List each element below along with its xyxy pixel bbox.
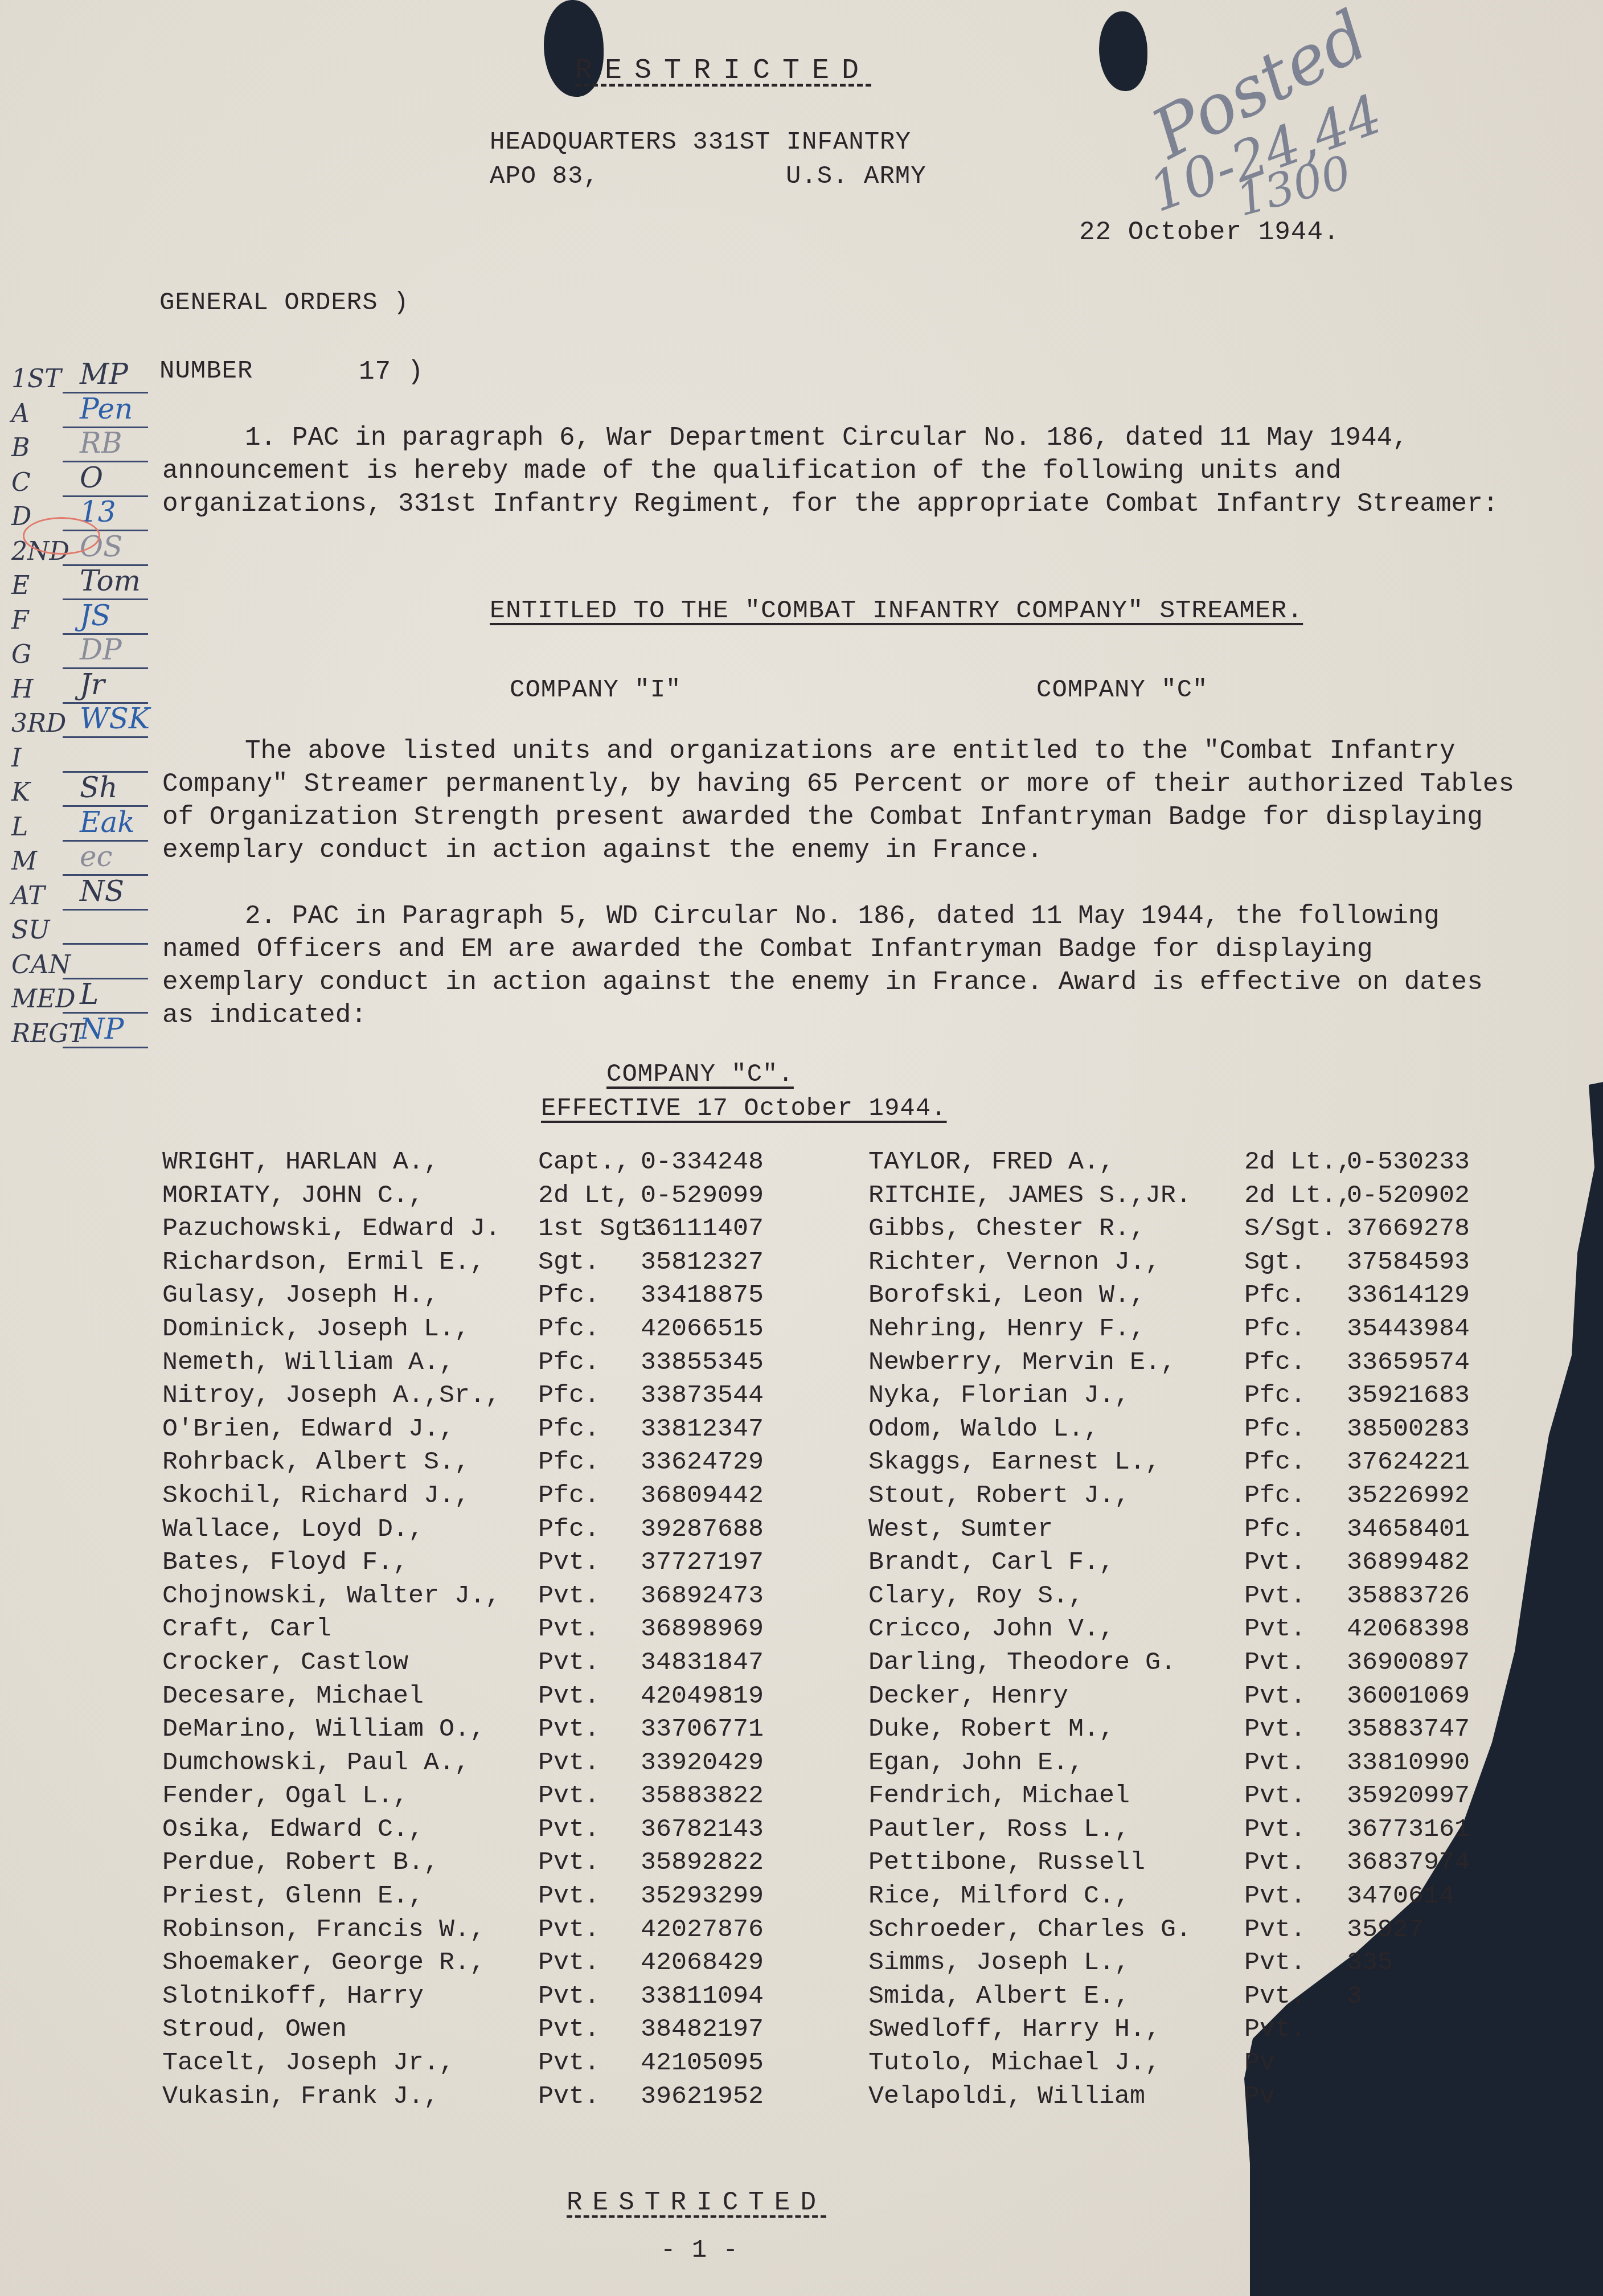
paragraph-2-text: 2. PAC in Paragraph 5, WD Circular No. 1… [162, 900, 1518, 1032]
roster-row: Duke, Robert M.,Pvt.35883747 [868, 1715, 1518, 1748]
roster-row: West, SumterPfc.34658401 [868, 1515, 1518, 1548]
soldier-name: Perdue, Robert B., [162, 1848, 538, 1881]
soldier-name: Rohrback, Albert S., [162, 1448, 538, 1481]
roster-row: Decker, HenryPvt.36001069 [868, 1682, 1518, 1715]
soldier-serial-number: 42027876 [641, 1915, 811, 1949]
soldier-serial-number: 38500283 [1347, 1414, 1518, 1448]
soldier-serial-number: 36900897 [1347, 1648, 1518, 1682]
margin-signature-line [63, 736, 148, 738]
margin-initials: L [80, 978, 99, 1011]
soldier-serial-number: 36898969 [641, 1614, 811, 1648]
soldier-name: Stroud, Owen [162, 2015, 538, 2048]
margin-unit-label: E [11, 571, 30, 600]
roster-row: Swedloff, Harry H.,Pvt. [868, 2015, 1518, 2048]
soldier-rank: Pvt. [1244, 1748, 1347, 1782]
roster-row: Robinson, Francis W.,Pvt.42027876 [162, 1915, 811, 1949]
soldier-serial-number: 35892822 [641, 1848, 811, 1881]
margin-initials: Eak [80, 806, 135, 839]
soldier-serial-number: 35921683 [1347, 1381, 1518, 1414]
roster-row: Darling, Theodore G.Pvt.36900897 [868, 1648, 1518, 1682]
paragraph-1-body: The above listed units and organizations… [162, 735, 1518, 867]
margin-unit-label: M [11, 847, 37, 876]
roster-row: Osika, Edward C.,Pvt.36782143 [162, 1815, 811, 1848]
roster-row: Smida, Albert E.,Pvt.3 [868, 1982, 1518, 2015]
soldier-rank: Pvt. [1244, 1915, 1347, 1949]
soldier-name: Decker, Henry [868, 1682, 1244, 1715]
roster-row: Nitroy, Joseph A.,Sr.,Pfc.33873544 [162, 1381, 811, 1414]
soldier-serial-number [1347, 2048, 1518, 2082]
roster-row: Rohrback, Albert S.,Pfc.33624729 [162, 1448, 811, 1481]
soldier-rank: Pvt. [1244, 1548, 1347, 1581]
soldier-rank: Pfc. [1244, 1515, 1347, 1548]
header-apo: APO 83, [490, 164, 599, 189]
soldier-rank: Pvt. [538, 1982, 641, 2015]
roster-row: Decesare, MichaelPvt.42049819 [162, 1682, 811, 1715]
roster-row: Skaggs, Earnest L.,Pfc.37624221 [868, 1448, 1518, 1481]
soldier-rank: Pvt. [538, 1815, 641, 1848]
soldier-name: MORIATY, JOHN C., [162, 1181, 538, 1215]
soldier-name: Robinson, Francis W., [162, 1915, 538, 1949]
margin-initials: Tom [80, 564, 141, 597]
soldier-name: Velapoldi, William [868, 2082, 1244, 2115]
margin-unit-label: 1ST [11, 364, 61, 393]
margin-unit-label: G [11, 640, 31, 669]
soldier-name: Darling, Theodore G. [868, 1648, 1244, 1682]
soldier-serial-number: 39287688 [641, 1515, 811, 1548]
soldier-rank: Pvt. [538, 2082, 641, 2115]
soldier-name: Tacelt, Joseph Jr., [162, 2048, 538, 2082]
margin-initials: Pen [80, 392, 133, 425]
soldier-serial-number [1347, 2015, 1518, 2048]
roster-row: Richardson, Ermil E.,Sgt.35812327 [162, 1248, 811, 1281]
soldier-rank: Pvt. [538, 2048, 641, 2082]
soldier-name: Nyka, Florian J., [868, 1381, 1244, 1414]
margin-unit-label: H [11, 675, 33, 704]
soldier-name: Fender, Ogal L., [162, 1781, 538, 1815]
soldier-rank: Pvt. [538, 1781, 641, 1815]
soldier-rank: Pfc. [1244, 1414, 1347, 1448]
soldier-serial-number: 36001069 [1347, 1682, 1518, 1715]
soldier-rank: Pvt. [538, 1848, 641, 1881]
roster-row: Egan, John E.,Pvt.33810990 [868, 1748, 1518, 1782]
soldier-rank: Pvt. [1244, 1881, 1347, 1915]
soldier-serial-number: 34831847 [641, 1648, 811, 1682]
soldier-serial-number: 39621952 [641, 2082, 811, 2115]
soldier-rank: Pfc. [538, 1481, 641, 1515]
soldier-name: Bates, Floyd F., [162, 1548, 538, 1581]
soldier-rank: Pfc. [1244, 1381, 1347, 1414]
roster-row: Velapoldi, WilliamPv [868, 2082, 1518, 2115]
soldier-serial-number: 33855345 [641, 1348, 811, 1381]
soldier-rank: Pfc. [1244, 1281, 1347, 1314]
paragraph-2: 2. PAC in Paragraph 5, WD Circular No. 1… [162, 900, 1518, 1032]
soldier-serial-number: 36899482 [1347, 1548, 1518, 1581]
soldier-name: Cricco, John V., [868, 1614, 1244, 1648]
soldier-serial-number: 42068429 [641, 1948, 811, 1982]
soldier-serial-number: 34658401 [1347, 1515, 1518, 1548]
soldier-serial-number: 33418875 [641, 1281, 811, 1314]
margin-initials: MP [80, 358, 128, 391]
soldier-rank: Pfc. [538, 1448, 641, 1481]
margin-initials: RB [80, 427, 122, 460]
soldier-serial-number: 42049819 [641, 1682, 811, 1715]
soldier-serial-number: 35883726 [1347, 1581, 1518, 1615]
margin-initials: ec [80, 840, 113, 873]
roster-row: Tutolo, Michael J.,Pv [868, 2048, 1518, 2082]
roster-row: Pazuchowski, Edward J.1st Sgt.36111407 [162, 1214, 811, 1248]
soldier-serial-number: 35443984 [1347, 1314, 1518, 1348]
roster-right-column: TAYLOR, FRED A.,2d Lt.,0-530233RITCHIE, … [868, 1147, 1518, 2115]
soldier-name: Schroeder, Charles G. [868, 1915, 1244, 1949]
soldier-rank: Sgt. [538, 1248, 641, 1281]
margin-initials: NS [80, 875, 124, 908]
soldier-serial-number: 37624221 [1347, 1448, 1518, 1481]
soldier-serial-number: 33706771 [641, 1715, 811, 1748]
paragraph-1-text: 1. PAC in paragraph 6, War Department Ci… [162, 421, 1518, 520]
roster-row: Nehring, Henry F.,Pfc.35443984 [868, 1314, 1518, 1348]
soldier-name: WRIGHT, HARLAN A., [162, 1147, 538, 1181]
soldier-serial-number: 35920997 [1347, 1781, 1518, 1815]
soldier-name: Stout, Robert J., [868, 1481, 1244, 1515]
soldier-serial-number: 42068398 [1347, 1614, 1518, 1648]
soldier-serial-number: 36809442 [641, 1481, 811, 1515]
soldier-rank: Pfc. [538, 1515, 641, 1548]
company-c-label: COMPANY "C" [1036, 678, 1208, 703]
soldier-name: Clary, Roy S., [868, 1581, 1244, 1615]
margin-unit-label: I [11, 744, 21, 773]
soldier-rank: Pvt. [538, 1881, 641, 1915]
margin-signature-line [63, 978, 148, 979]
margin-initials: O [80, 461, 103, 494]
soldier-rank: Pvt. [538, 1548, 641, 1581]
soldier-serial-number: 3470614 [1347, 1881, 1518, 1915]
margin-unit-label: F [11, 606, 29, 635]
paragraph-1-body-text: The above listed units and organizations… [162, 735, 1518, 867]
soldier-name: Priest, Glenn E., [162, 1881, 538, 1915]
margin-unit-label: K [11, 778, 30, 807]
soldier-serial-number: 35226992 [1347, 1481, 1518, 1515]
soldier-name: Nehring, Henry F., [868, 1314, 1244, 1348]
company-i-label: COMPANY "I" [510, 678, 681, 703]
soldier-name: Pazuchowski, Edward J. [162, 1214, 538, 1248]
soldier-serial-number: 37727197 [641, 1548, 811, 1581]
margin-initials: Jr [80, 668, 105, 701]
soldier-rank: Pvt. [538, 1715, 641, 1748]
soldier-name: Tutolo, Michael J., [868, 2048, 1244, 2082]
soldier-name: Shoemaker, George R., [162, 1948, 538, 1982]
soldier-name: Fendrich, Michael [868, 1781, 1244, 1815]
soldier-serial-number: 0-530233 [1347, 1147, 1518, 1181]
soldier-serial-number: 37669278 [1347, 1214, 1518, 1248]
soldier-rank: Pfc. [1244, 1448, 1347, 1481]
margin-unit-label: SU [11, 916, 50, 945]
roster-row: Slotnikoff, HarryPvt.33811094 [162, 1982, 811, 2015]
soldier-rank: 2d Lt., [1244, 1181, 1347, 1215]
roster-effective-date: EFFECTIVE 17 October 1944. [541, 1096, 947, 1121]
soldier-rank: Pvt. [538, 1682, 641, 1715]
soldier-name: Pettibone, Russell [868, 1848, 1244, 1881]
paragraph-1: 1. PAC in paragraph 6, War Department Ci… [162, 421, 1518, 520]
roster-row: Fender, Ogal L.,Pvt.35883822 [162, 1781, 811, 1815]
soldier-name: Gibbs, Chester R., [868, 1214, 1244, 1248]
roster-row: Simms, Joseph L.,Pvt.335 [868, 1948, 1518, 1982]
soldier-rank: Pfc. [538, 1414, 641, 1448]
roster-row: DeMarino, William O.,Pvt.33706771 [162, 1715, 811, 1748]
page-number: - 1 - [661, 2238, 739, 2263]
margin-unit-label: B [11, 433, 30, 462]
margin-initials: Sh [80, 771, 117, 804]
soldier-rank: Pvt. [1244, 1648, 1347, 1682]
soldier-rank: Pfc. [1244, 1314, 1347, 1348]
soldier-serial-number: 33624729 [641, 1448, 811, 1481]
soldier-serial-number: 37584593 [1347, 1248, 1518, 1281]
roster-row: Crocker, CastlowPvt.34831847 [162, 1648, 811, 1682]
soldier-serial-number: 33614129 [1347, 1281, 1518, 1314]
soldier-rank: Pfc. [1244, 1481, 1347, 1515]
soldier-rank: Pvt. [538, 1915, 641, 1949]
soldier-name: Wallace, Loyd D., [162, 1515, 538, 1548]
soldier-name: Borofski, Leon W., [868, 1281, 1244, 1314]
roster-company: COMPANY "C". [606, 1062, 794, 1087]
streamer-heading: ENTITLED TO THE "COMBAT INFANTRY COMPANY… [490, 598, 1303, 624]
soldier-rank: Pvt. [538, 1614, 641, 1648]
soldier-name: Duke, Robert M., [868, 1715, 1244, 1748]
soldier-serial-number: 42105095 [641, 2048, 811, 2082]
soldier-name: Chojnowski, Walter J., [162, 1581, 538, 1615]
soldier-name: Nitroy, Joseph A.,Sr., [162, 1381, 538, 1414]
soldier-name: Osika, Edward C., [162, 1815, 538, 1848]
margin-signature-line [63, 461, 148, 462]
soldier-serial-number: 33659574 [1347, 1348, 1518, 1381]
soldier-serial-number [1347, 2082, 1518, 2115]
margin-unit-label: CAN [11, 950, 71, 979]
soldier-serial-number: 33873544 [641, 1381, 811, 1414]
soldier-name: TAYLOR, FRED A., [868, 1147, 1244, 1181]
soldier-name: Pautler, Ross L., [868, 1815, 1244, 1848]
soldier-serial-number: 0-529099 [641, 1181, 811, 1215]
margin-unit-label: AT [11, 881, 45, 911]
soldier-name: Swedloff, Harry H., [868, 2015, 1244, 2048]
orders-number-label: NUMBER [159, 359, 253, 384]
soldier-rank: Pvt. [538, 2015, 641, 2048]
soldier-name: Gulasy, Joseph H., [162, 1281, 538, 1314]
roster-row: TAYLOR, FRED A.,2d Lt.,0-530233 [868, 1147, 1518, 1181]
roster-row: Brandt, Carl F.,Pvt.36899482 [868, 1548, 1518, 1581]
soldier-name: Richardson, Ermil E., [162, 1248, 538, 1281]
soldier-rank: Pvt. [1244, 1848, 1347, 1881]
soldier-rank: Pvt. [1244, 1715, 1347, 1748]
roster-row: Tacelt, Joseph Jr.,Pvt.42105095 [162, 2048, 811, 2082]
soldier-rank: Pfc. [538, 1381, 641, 1414]
roster-row: O'Brien, Edward J.,Pfc.33812347 [162, 1414, 811, 1448]
soldier-serial-number: 35883822 [641, 1781, 811, 1815]
roster-row: Stroud, OwenPvt.38482197 [162, 2015, 811, 2048]
roster-row: Pautler, Ross L.,Pvt.36773161 [868, 1815, 1518, 1848]
soldier-serial-number: 42066515 [641, 1314, 811, 1348]
soldier-serial-number: 36782143 [641, 1815, 811, 1848]
roster-row: Perdue, Robert B.,Pvt.35892822 [162, 1848, 811, 1881]
soldier-serial-number: 35293299 [641, 1881, 811, 1915]
soldier-name: Rice, Milford C., [868, 1881, 1244, 1915]
roster-row: Skochil, Richard J.,Pfc.36809442 [162, 1481, 811, 1515]
soldier-name: Smida, Albert E., [868, 1982, 1244, 2015]
soldier-name: O'Brien, Edward J., [162, 1414, 538, 1448]
roster-row: Newberry, Mervin E.,Pfc.33659574 [868, 1348, 1518, 1381]
soldier-name: Dominick, Joseph L., [162, 1314, 538, 1348]
soldier-serial-number: 36111407 [641, 1214, 811, 1248]
soldier-rank: Pvt. [1244, 1581, 1347, 1615]
roster-row: WRIGHT, HARLAN A.,Capt.,0-334248 [162, 1147, 811, 1181]
roster-row: Nemeth, William A.,Pfc.33855345 [162, 1348, 811, 1381]
soldier-name: Vukasin, Frank J., [162, 2082, 538, 2115]
header-army: U.S. ARMY [786, 164, 926, 189]
roster-row: Dominick, Joseph L.,Pfc.42066515 [162, 1314, 811, 1348]
soldier-name: DeMarino, William O., [162, 1715, 538, 1748]
roster-row: Pettibone, RussellPvt.36837974 [868, 1848, 1518, 1881]
soldier-serial-number: 335 [1347, 1948, 1518, 1982]
roster-row: MORIATY, JOHN C.,2d Lt,0-529099 [162, 1181, 811, 1215]
roster-row: Odom, Waldo L.,Pfc.38500283 [868, 1414, 1518, 1448]
classification-top: RESTRICTED [575, 57, 871, 85]
soldier-rank: Pvt. [538, 1948, 641, 1982]
roster-row: Wallace, Loyd D.,Pfc.39287688 [162, 1515, 811, 1548]
soldier-serial-number: 33810990 [1347, 1748, 1518, 1782]
soldier-rank: Capt., [538, 1147, 641, 1181]
soldier-serial-number: 35812327 [641, 1248, 811, 1281]
soldier-rank: Pfc. [538, 1281, 641, 1314]
roster-row: RITCHIE, JAMES S.,JR.2d Lt.,0-520902 [868, 1181, 1518, 1215]
soldier-serial-number: 33811094 [641, 1982, 811, 2015]
roster-row: Rice, Milford C.,Pvt.3470614 [868, 1881, 1518, 1915]
roster-row: Priest, Glenn E.,Pvt.35293299 [162, 1881, 811, 1915]
margin-signature-line [63, 667, 148, 669]
soldier-rank: Pfc. [538, 1348, 641, 1381]
document-date: 22 October 1944. [1079, 219, 1340, 245]
soldier-serial-number: 38482197 [641, 2015, 811, 2048]
margin-signature-line [63, 1047, 148, 1048]
margin-signature-line [63, 943, 148, 945]
soldier-name: West, Sumter [868, 1515, 1244, 1548]
roster-row: Gulasy, Joseph H.,Pfc.33418875 [162, 1281, 811, 1314]
roster-row: Craft, CarlPvt.36898969 [162, 1614, 811, 1648]
roster-row: Schroeder, Charles G.Pvt.35927 [868, 1915, 1518, 1949]
soldier-serial-number: 3 [1347, 1982, 1518, 2015]
soldier-name: Newberry, Mervin E., [868, 1348, 1244, 1381]
soldier-name: Egan, John E., [868, 1748, 1244, 1782]
soldier-serial-number: 35883747 [1347, 1715, 1518, 1748]
soldier-name: Craft, Carl [162, 1614, 538, 1648]
margin-unit-label: MED [11, 985, 75, 1014]
margin-initials: DP [80, 633, 122, 666]
soldier-name: Decesare, Michael [162, 1682, 538, 1715]
soldier-name: Richter, Vernon J., [868, 1248, 1244, 1281]
roster-row: Chojnowski, Walter J.,Pvt.36892473 [162, 1581, 811, 1615]
roster-row: Clary, Roy S.,Pvt.35883726 [868, 1581, 1518, 1615]
soldier-rank: Pv [1244, 2082, 1347, 2115]
soldier-name: Simms, Joseph L., [868, 1948, 1244, 1982]
classification-bottom: RESTRICTED [567, 2190, 826, 2216]
roster-row: Dumchowski, Paul A.,Pvt.33920429 [162, 1748, 811, 1782]
margin-signature-line [63, 909, 148, 911]
soldier-rank: Pvt. [1244, 2015, 1347, 2048]
soldier-rank: Pvt. [1244, 1982, 1347, 2015]
soldier-rank: Pvt. [1244, 1614, 1347, 1648]
soldier-name: Nemeth, William A., [162, 1348, 538, 1381]
margin-unit-label: 3RD [11, 709, 66, 738]
soldier-serial-number: 36837974 [1347, 1848, 1518, 1881]
soldier-name: Dumchowski, Paul A., [162, 1748, 538, 1782]
roster-row: Cricco, John V.,Pvt.42068398 [868, 1614, 1518, 1648]
margin-unit-label: C [11, 468, 31, 497]
soldier-rank: S/Sgt. [1244, 1214, 1347, 1248]
soldier-name: Crocker, Castlow [162, 1648, 538, 1682]
soldier-rank: Pvt. [538, 1648, 641, 1682]
orders-number-value: 17 ) [359, 359, 424, 385]
soldier-name: Skochil, Richard J., [162, 1481, 538, 1515]
soldier-rank: Pvt. [538, 1581, 641, 1615]
roster-left-column: WRIGHT, HARLAN A.,Capt.,0-334248MORIATY,… [162, 1147, 811, 2115]
margin-unit-label: L [11, 813, 28, 842]
red-circle-mark [23, 517, 100, 555]
soldier-name: Odom, Waldo L., [868, 1414, 1244, 1448]
roster-row: Bates, Floyd F.,Pvt.37727197 [162, 1548, 811, 1581]
margin-unit-label: REGT [11, 1019, 85, 1048]
soldier-name: RITCHIE, JAMES S.,JR. [868, 1181, 1244, 1215]
soldier-serial-number: 0-520902 [1347, 1181, 1518, 1215]
soldier-rank: Pvt. [1244, 1781, 1347, 1815]
soldier-serial-number: 35927 [1347, 1915, 1518, 1949]
roster-row: Nyka, Florian J.,Pfc.35921683 [868, 1381, 1518, 1414]
soldier-rank: 2d Lt, [538, 1181, 641, 1215]
soldier-name: Skaggs, Earnest L., [868, 1448, 1244, 1481]
margin-initials: NP [80, 1012, 124, 1045]
soldier-serial-number: 33812347 [641, 1414, 811, 1448]
soldier-name: Brandt, Carl F., [868, 1548, 1244, 1581]
soldier-serial-number: 0-334248 [641, 1147, 811, 1181]
soldier-rank: 1st Sgt. [538, 1214, 641, 1248]
soldier-rank: 2d Lt., [1244, 1147, 1347, 1181]
soldier-rank: Pvt. [1244, 1948, 1347, 1982]
soldier-rank: Pvt. [1244, 1682, 1347, 1715]
roster-row: Borofski, Leon W.,Pfc.33614129 [868, 1281, 1518, 1314]
soldier-rank: Pfc. [1244, 1348, 1347, 1381]
soldier-serial-number: 33920429 [641, 1748, 811, 1782]
general-orders-label: GENERAL ORDERS ) [159, 290, 409, 315]
header-unit: HEADQUARTERS 331ST INFANTRY [490, 130, 911, 155]
roster-row: Gibbs, Chester R.,S/Sgt.37669278 [868, 1214, 1518, 1248]
roster-row: Vukasin, Frank J.,Pvt.39621952 [162, 2082, 811, 2115]
margin-unit-label: A [11, 399, 30, 428]
soldier-rank: Pv [1244, 2048, 1347, 2082]
soldier-name: Slotnikoff, Harry [162, 1982, 538, 2015]
roster-row: Shoemaker, George R.,Pvt.42068429 [162, 1948, 811, 1982]
soldier-rank: Pvt. [538, 1748, 641, 1782]
margin-initials: JS [80, 599, 110, 632]
roster-row: Richter, Vernon J.,Sgt.37584593 [868, 1248, 1518, 1281]
margin-initials: WSK [80, 702, 150, 735]
roster-row: Fendrich, MichaelPvt.35920997 [868, 1781, 1518, 1815]
soldier-rank: Sgt. [1244, 1248, 1347, 1281]
soldier-serial-number: 36892473 [641, 1581, 811, 1615]
soldier-rank: Pfc. [538, 1314, 641, 1348]
soldier-rank: Pvt. [1244, 1815, 1347, 1848]
soldier-serial-number: 36773161 [1347, 1815, 1518, 1848]
roster-row: Stout, Robert J.,Pfc.35226992 [868, 1481, 1518, 1515]
